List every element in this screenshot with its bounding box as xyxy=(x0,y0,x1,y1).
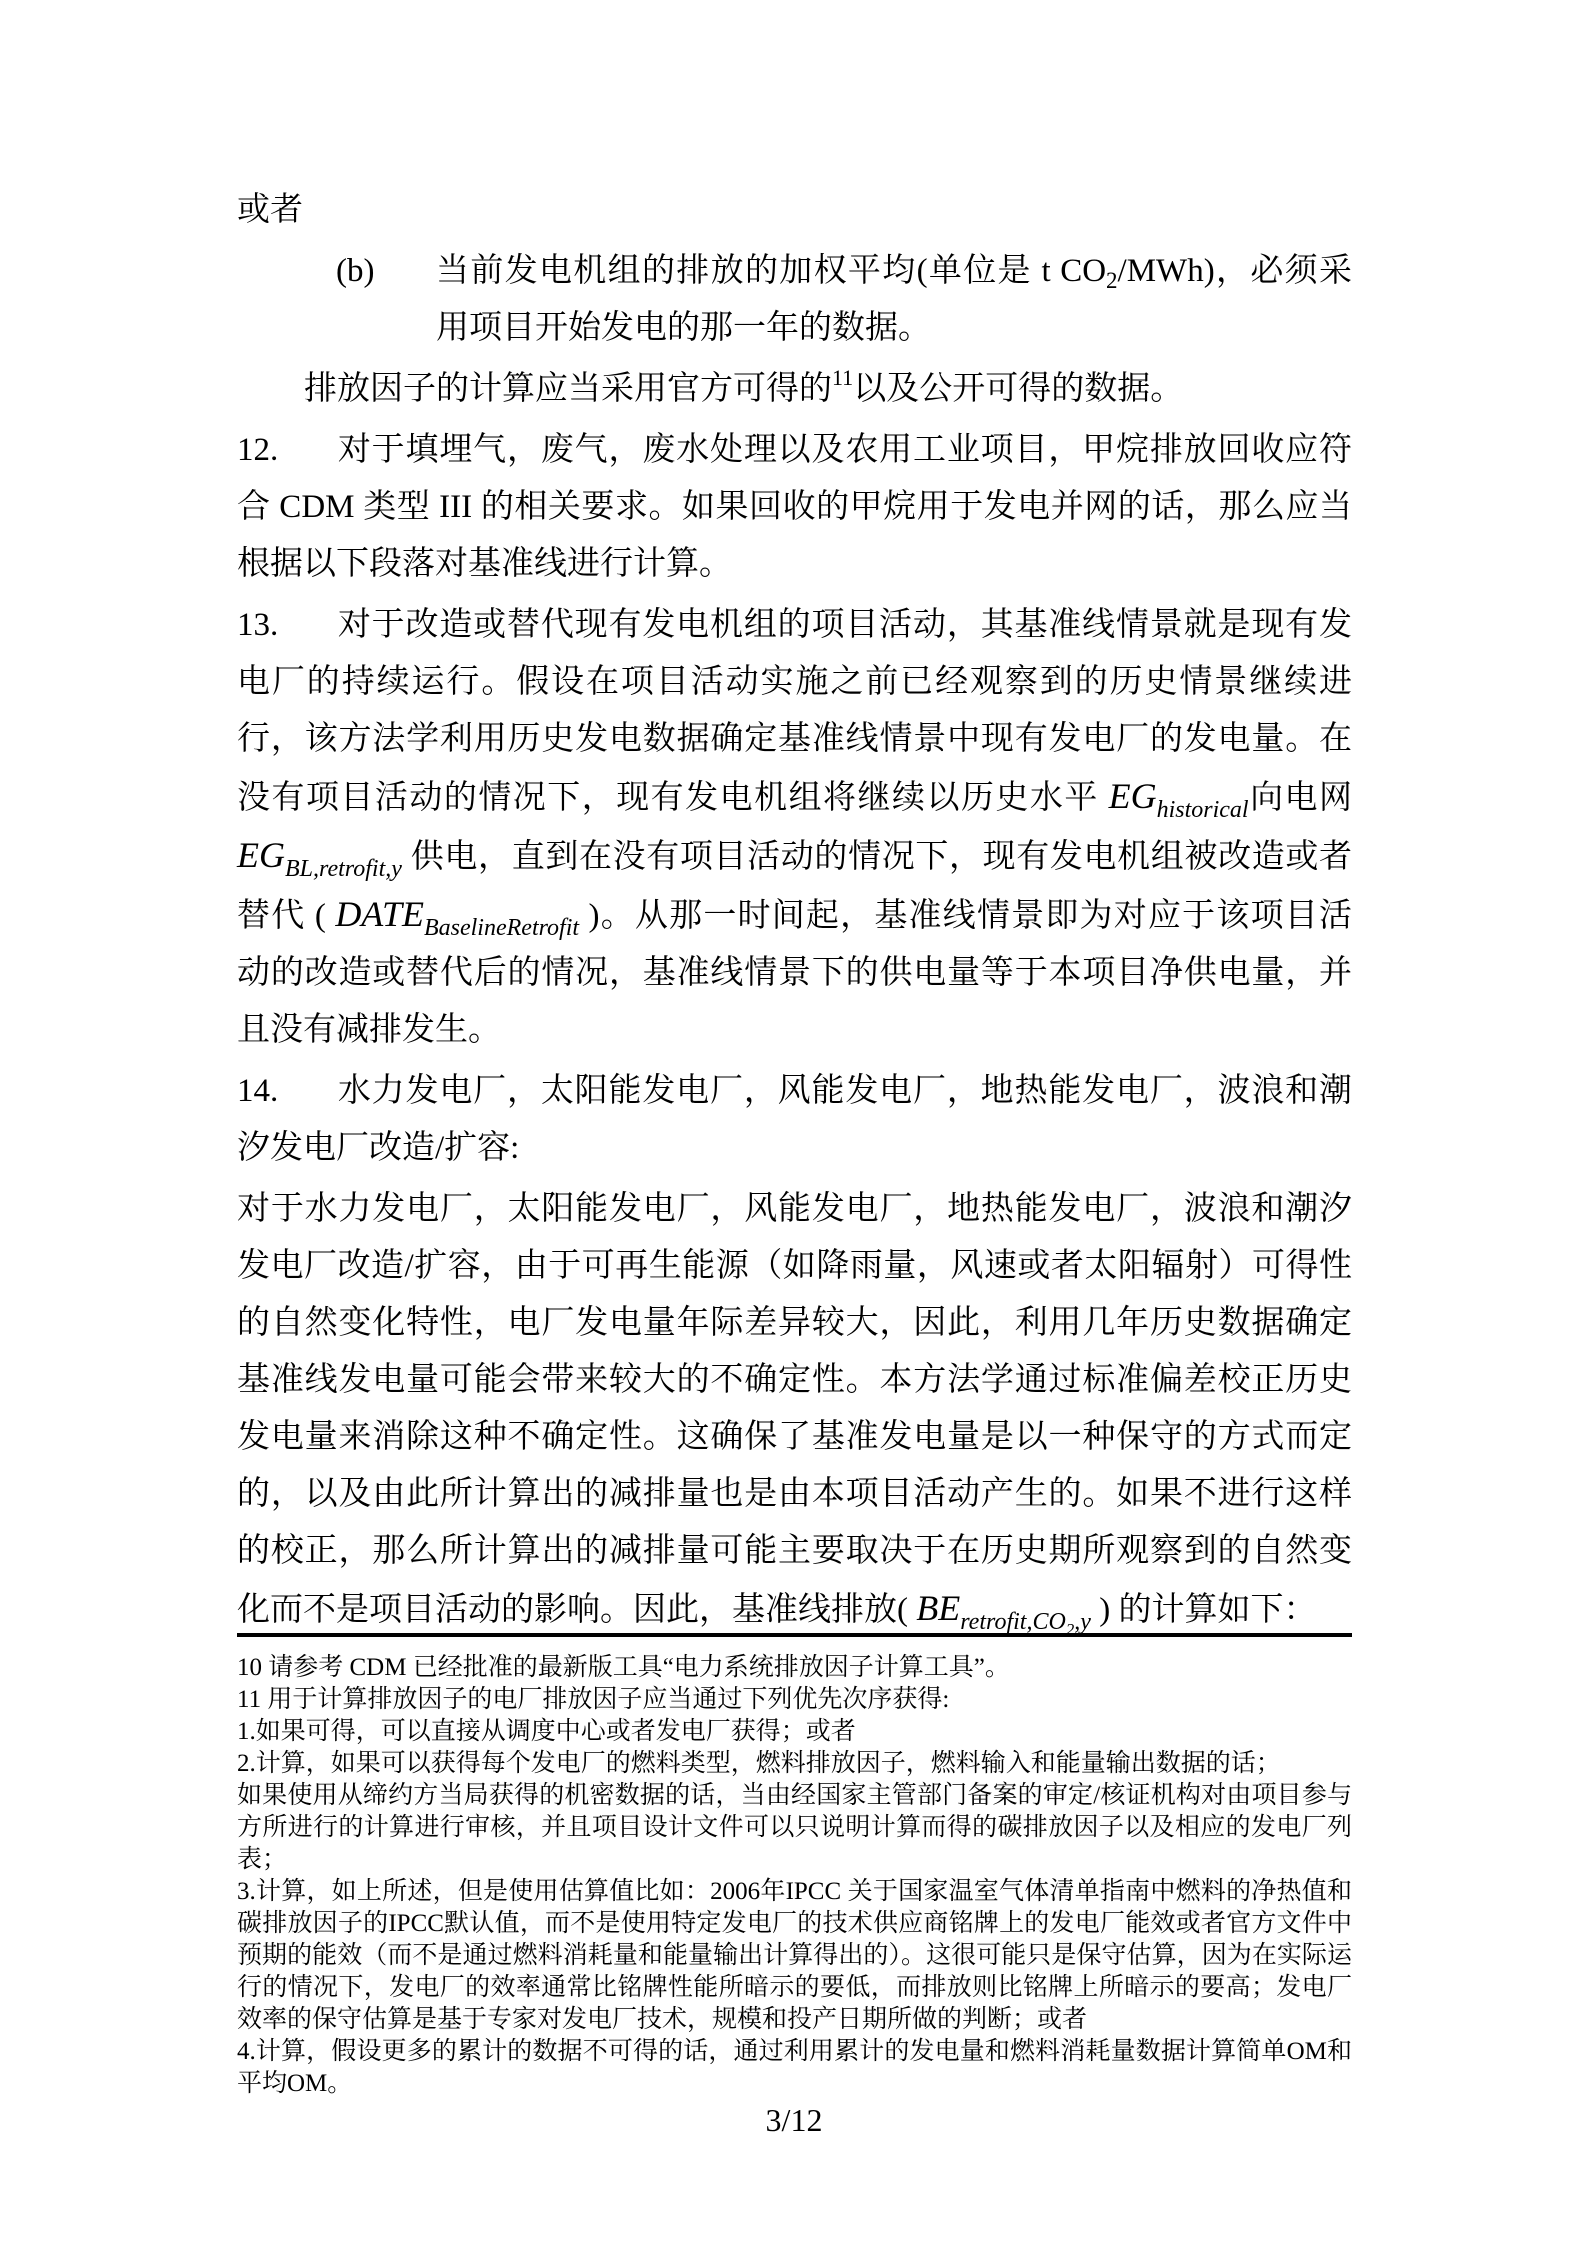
formula-eg-historical: EGhistorical xyxy=(1109,780,1249,816)
footnote-10: 10 请参考 CDM 已经批准的最新版工具“电力系统排放因子计算工具”。 xyxy=(237,1652,1352,1684)
formula-eg-bl-retrofit: EGBL,retrofit,y xyxy=(237,839,402,875)
footnote-11-item-2: 2.计算，如果可以获得每个发电厂的燃料类型，燃料排放因子，燃料输入和能量输出数据… xyxy=(237,1748,1352,1780)
paragraph-12-text: 对于填埋气，废气，废水处理以及农用工业项目，甲烷排放回收应符合 CDM 类型 I… xyxy=(237,432,1352,582)
document-page: 或者 (b)当前发电机组的排放的加权平均(单位是 t CO2/MWh)，必须采用… xyxy=(0,0,1588,2245)
paragraph-13-text-part2: 向电网 xyxy=(1249,780,1352,816)
formula-be-base: BE xyxy=(916,1588,960,1628)
list-item-b: (b)当前发电机组的排放的加权平均(单位是 t CO2/MWh)，必须采用项目开… xyxy=(336,243,1352,357)
footnote-ref-11: 11 xyxy=(832,365,853,390)
footnotes-section: 10 请参考 CDM 已经批准的最新版工具“电力系统排放因子计算工具”。 11 … xyxy=(237,1652,1352,2100)
formula-be-subscript: retrofit,CO2,y xyxy=(960,1609,1091,1635)
footnote-11-item-4: 4.计算，假设更多的累计的数据不可得的话，通过利用累计的发电量和燃料消耗量数据计… xyxy=(237,2036,1352,2100)
formula-eg-historical-subscript: historical xyxy=(1157,797,1249,823)
paragraph-15: 对于水力发电厂，太阳能发电厂，风能发电厂，地热能发电厂，波浪和潮汐发电厂改造/扩… xyxy=(237,1181,1352,1639)
footnote-11-item-1: 1.如果可得，可以直接从调度中心或者发电厂获得；或者 xyxy=(237,1716,1352,1748)
item-b-text-part1: 当前发电机组的排放的加权平均(单位是 t CO xyxy=(436,253,1106,289)
footnote-11-item-2-continued: 如果使用从缔约方当局获得的机密数据的话，当由经国家主管部门备案的审定/核证机构对… xyxy=(237,1780,1352,1876)
footnote-11-item-3: 3.计算，如上所述，但是使用估算值比如：2006年IPCC 关于国家温室气体清单… xyxy=(237,1876,1352,2036)
paragraph-ef-note: 排放因子的计算应当采用官方可得的11以及公开可得的数据。 xyxy=(237,361,1352,418)
formula-be-retrofit-co2-y: BEretrofit,CO2,y xyxy=(916,1592,1091,1628)
footnote-separator-rule xyxy=(237,1633,1352,1637)
formula-be-subscript-part1: retrofit,CO xyxy=(960,1609,1066,1635)
paragraph-15-text-part2: ) 的计算如下： xyxy=(1091,1592,1317,1628)
paragraph-12-number: 12. xyxy=(237,422,337,479)
paragraph-15-text-part1: 对于水力发电厂，太阳能发电厂，风能发电厂，地热能发电厂，波浪和潮汐发电厂改造/扩… xyxy=(237,1191,1352,1628)
paragraph-lead: 或者 xyxy=(237,182,1352,239)
formula-be-subscript-part2: ,y xyxy=(1074,1609,1091,1635)
formula-date-baseline-retrofit-subscript: BaselineRetrofit xyxy=(424,915,579,941)
page-number: 3/12 xyxy=(0,2100,1588,2140)
formula-eg-bl-retrofit-base: EG xyxy=(237,835,285,875)
paragraph-13: 13.对于改造或替代现有发电机组的项目活动，其基准线情景就是现有发电厂的持续运行… xyxy=(237,597,1352,1059)
document-body: 或者 (b)当前发电机组的排放的加权平均(单位是 t CO2/MWh)，必须采用… xyxy=(237,182,1352,1643)
paragraph-14-text: 水力发电厂，太阳能发电厂，风能发电厂，地热能发电厂，波浪和潮汐发电厂改造/扩容: xyxy=(237,1073,1352,1166)
lead-text: 或者 xyxy=(237,192,303,228)
formula-eg-historical-base: EG xyxy=(1109,776,1157,816)
paragraph-14-number: 14. xyxy=(237,1063,337,1120)
item-b-text: 当前发电机组的排放的加权平均(单位是 t CO2/MWh)，必须采用项目开始发电… xyxy=(436,243,1352,357)
formula-eg-bl-retrofit-subscript: BL,retrofit,y xyxy=(285,856,402,882)
ef-note-part2: 以及公开可得的数据。 xyxy=(853,371,1183,407)
co2-subscript: 2 xyxy=(1106,268,1118,293)
ef-note-part1: 排放因子的计算应当采用官方可得的 xyxy=(304,371,832,407)
item-b-label: (b) xyxy=(336,243,436,357)
paragraph-14: 14.水力发电厂，太阳能发电厂，风能发电厂，地热能发电厂，波浪和潮汐发电厂改造/… xyxy=(237,1063,1352,1177)
paragraph-13-number: 13. xyxy=(237,597,337,654)
formula-date-baseline-retrofit: DATEBaselineRetrofit xyxy=(335,898,579,934)
formula-date-baseline-retrofit-base: DATE xyxy=(335,894,424,934)
paragraph-12: 12.对于填埋气，废气，废水处理以及农用工业项目，甲烷排放回收应符合 CDM 类… xyxy=(237,422,1352,593)
footnote-11: 11 用于计算排放因子的电厂排放因子应当通过下列优先次序获得: xyxy=(237,1684,1352,1716)
